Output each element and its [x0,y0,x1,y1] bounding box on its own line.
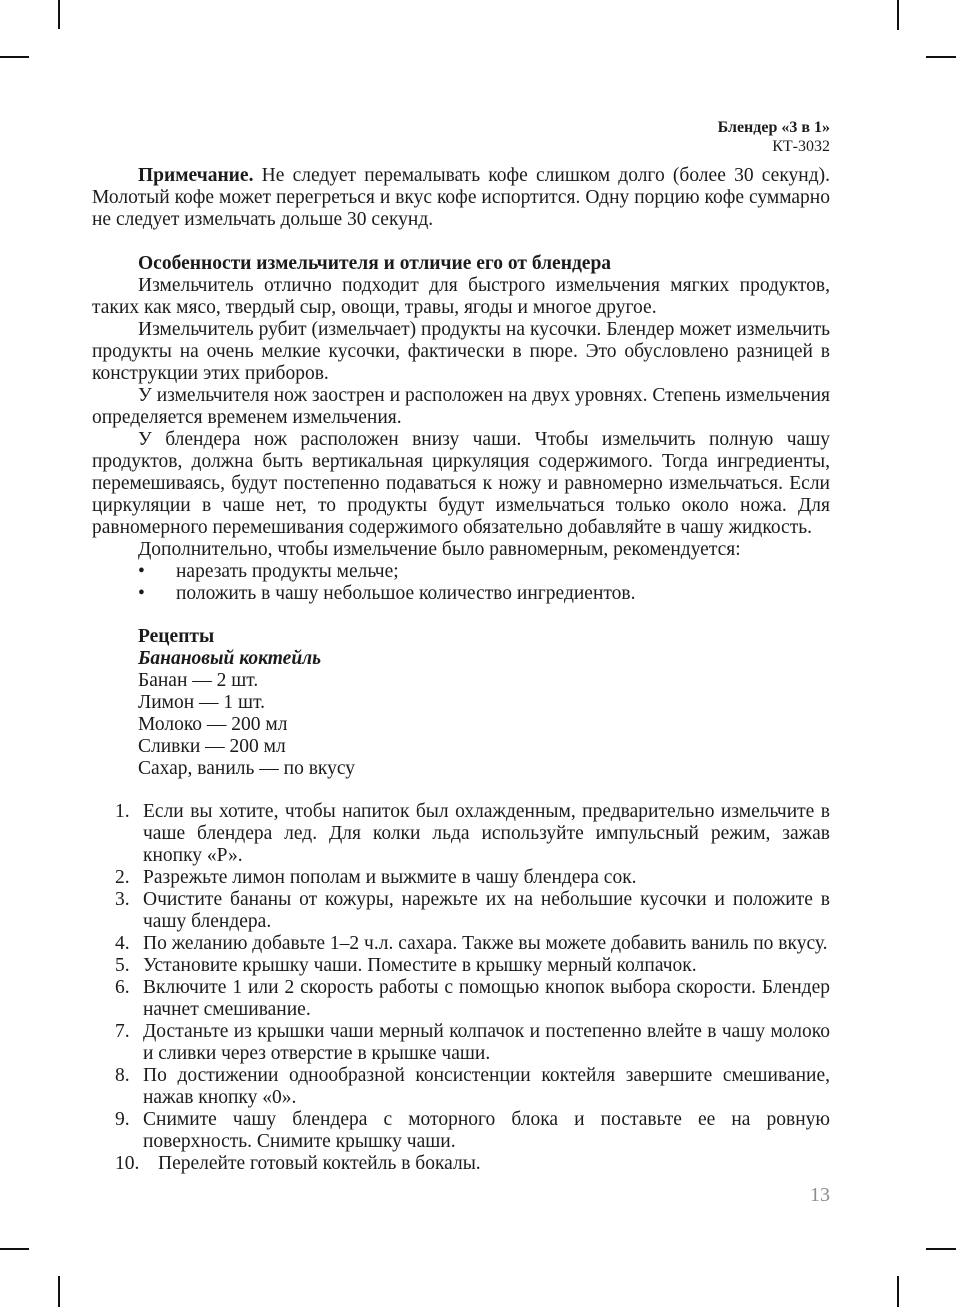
recipe-step: 5.Установите крышку чаши. Поместите в кр… [92,955,830,977]
step-text: Разрежьте лимон пополам и выжмите в чашу… [143,867,637,888]
step-number: 10. [115,1153,139,1175]
list-item: •нарезать продукты мельче; [92,561,830,583]
body-paragraph: Дополнительно, чтобы измельчение было ра… [92,539,830,561]
page-number: 13 [810,1184,830,1206]
recommendation-list: •нарезать продукты мельче; •положить в ч… [92,561,830,605]
step-number: 2. [115,867,130,889]
manual-page: Блендер «3 в 1» КТ-3032 Примечание. Не с… [0,0,956,1307]
crop-mark-bottom-left-horizontal [0,1248,29,1250]
crop-mark-top-right-horizontal [926,56,956,58]
step-number: 6. [115,977,130,999]
list-item-text: положить в чашу небольшое количество инг… [176,583,636,604]
crop-mark-top-right-vertical [897,0,899,30]
crop-mark-bottom-left-vertical [58,1276,60,1307]
body-paragraph: Измельчитель рубит (измельчает) продукты… [92,319,830,385]
product-name: Блендер «3 в 1» [92,118,830,137]
ingredient-line: Банан — 2 шт. [138,670,830,692]
running-header: Блендер «3 в 1» КТ-3032 [92,118,830,156]
page-content: Блендер «3 в 1» КТ-3032 Примечание. Не с… [92,0,830,1175]
crop-mark-bottom-right-vertical [897,1276,899,1307]
note-lead: Примечание. [138,165,253,186]
crop-mark-bottom-right-horizontal [926,1248,956,1250]
recipe-step: 10.Перелейте готовый коктейль в бокалы. [92,1153,830,1175]
step-text: Перелейте готовый коктейль в бокалы. [158,1153,481,1174]
body-paragraph: У измельчителя нож заострен и расположен… [92,385,830,429]
bullet-icon: • [138,583,145,605]
step-number: 1. [115,801,130,823]
chopper-section-heading: Особенности измельчителя и отличие его о… [92,253,830,275]
list-item: •положить в чашу небольшое количество ин… [92,583,830,605]
recipe-step: 6.Включите 1 или 2 скорость работы с пом… [92,977,830,1021]
step-number: 7. [115,1021,130,1043]
recipe-step: 9.Снимите чашу блендера с моторного блок… [92,1109,830,1153]
ingredient-line: Лимон — 1 шт. [138,692,830,714]
step-text: По достижении однообразной консистенции … [143,1065,830,1108]
body-paragraph: У блендера нож расположен внизу чаши. Чт… [92,429,830,539]
ingredient-line: Молоко — 200 мл [138,714,830,736]
recipe-step: 4.По желанию добавьте 1–2 ч.л. сахара. Т… [92,933,830,955]
step-text: По желанию добавьте 1–2 ч.л. сахара. Так… [143,933,828,954]
step-text: Снимите чашу блендера с моторного блока … [143,1109,830,1152]
step-text: Если вы хотите, чтобы напиток был охлажд… [143,801,830,866]
step-text: Достаньте из крышки чаши мерный колпачок… [143,1021,830,1064]
step-number: 8. [115,1065,130,1087]
note-paragraph: Примечание. Не следует перемалывать кофе… [92,165,830,231]
crop-mark-top-left-horizontal [0,56,29,58]
step-text: Установите крышку чаши. Поместите в крыш… [143,955,697,976]
step-number: 5. [115,955,130,977]
bullet-icon: • [138,561,145,583]
ingredient-list: Банан — 2 шт. Лимон — 1 шт. Молоко — 200… [92,670,830,780]
crop-mark-top-left-vertical [58,0,60,29]
step-number: 9. [115,1109,130,1131]
recipe-step: 2.Разрежьте лимон пополам и выжмите в ча… [92,867,830,889]
step-text: Включите 1 или 2 скорость работы с помощ… [143,977,830,1020]
recipe-title: Банановый коктейль [138,648,830,670]
ingredient-line: Сахар, ваниль — по вкусу [138,758,830,780]
recipe-steps-list: 1.Если вы хотите, чтобы напиток был охла… [92,801,830,1175]
list-item-text: нарезать продукты мельче; [176,561,399,582]
recipe-step: 1.Если вы хотите, чтобы напиток был охла… [92,801,830,867]
recipe-step: 8.По достижении однообразной консистенци… [92,1065,830,1109]
step-text: Очистите бананы от кожуры, нарежьте их н… [143,889,830,932]
recipe-step: 3.Очистите бананы от кожуры, нарежьте их… [92,889,830,933]
model-number: КТ-3032 [92,137,830,156]
recipes-heading: Рецепты [138,626,830,648]
ingredient-line: Сливки — 200 мл [138,736,830,758]
recipe-step: 7.Достаньте из крышки чаши мерный колпач… [92,1021,830,1065]
step-number: 4. [115,933,130,955]
body-paragraph: Измельчитель отлично подходит для быстро… [92,275,830,319]
step-number: 3. [115,889,130,911]
